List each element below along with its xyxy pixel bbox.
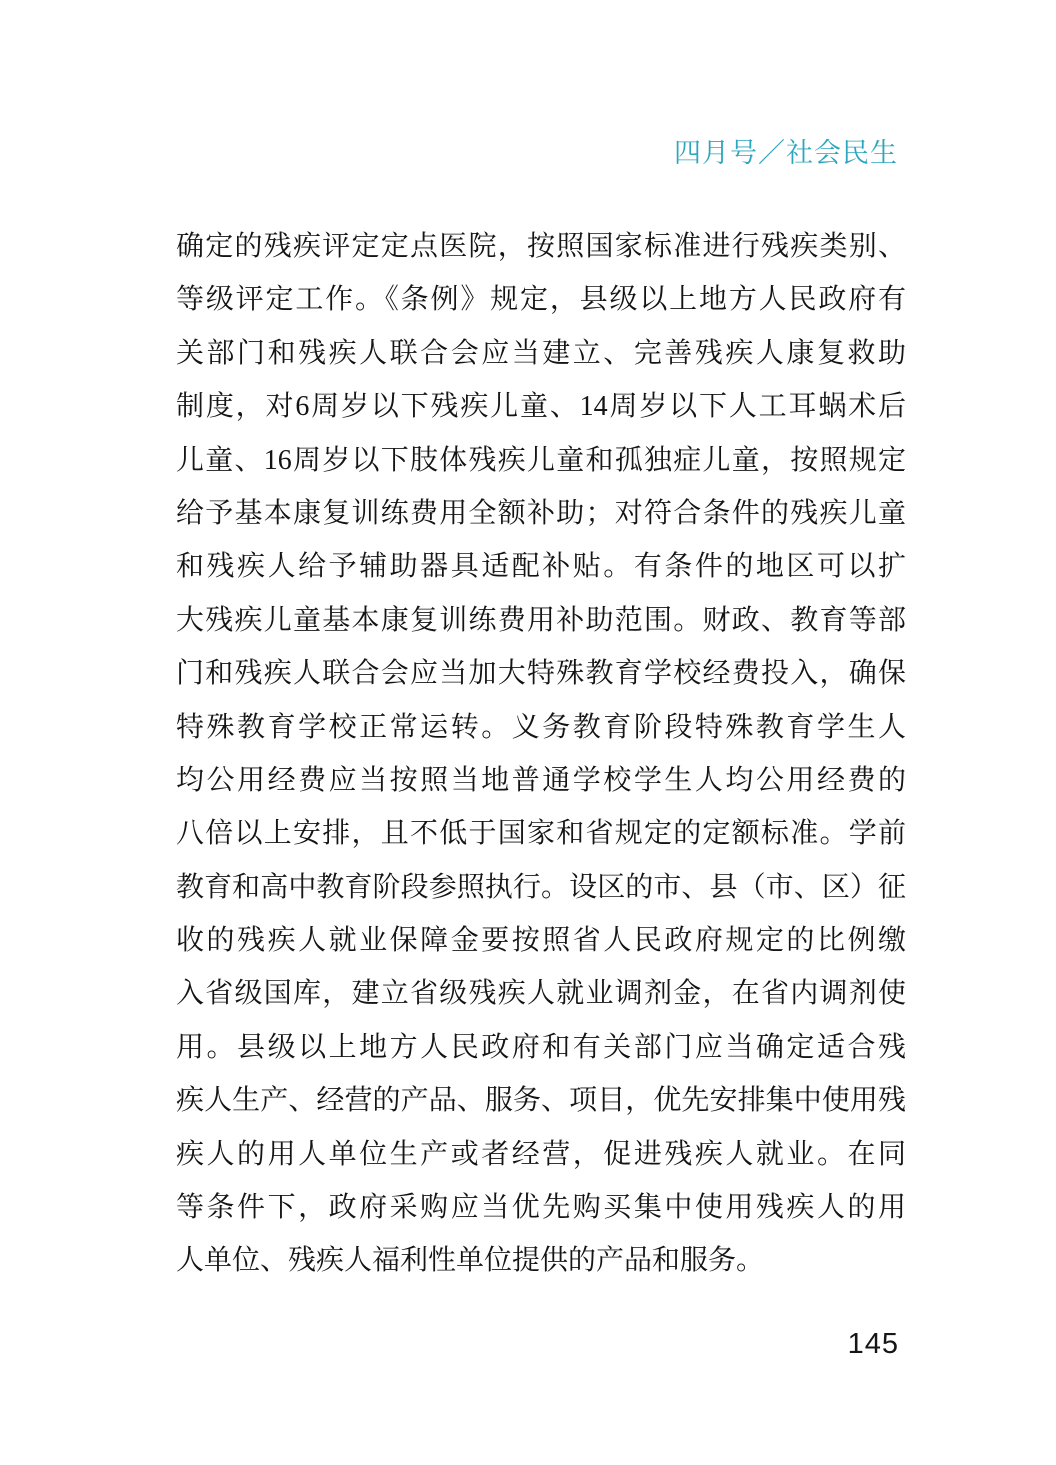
text-line: 教育和高中教育阶段参照执行。设区的市、县（市、区）征 <box>176 861 906 914</box>
text-line: 特殊教育学校正常运转。义务教育阶段特殊教育学生人 <box>176 701 906 754</box>
text-line: 等条件下，政府采购应当优先购买集中使用残疾人的用 <box>176 1181 906 1234</box>
text-line: 入省级国库，建立省级残疾人就业调剂金，在省内调剂使 <box>176 967 906 1020</box>
text-line: 均公用经费应当按照当地普通学校学生人均公用经费的 <box>176 754 906 807</box>
text-line: 和残疾人给予辅助器具适配补贴。有条件的地区可以扩 <box>176 540 906 593</box>
text-line: 用。县级以上地方人民政府和有关部门应当确定适合残 <box>176 1021 906 1074</box>
text-line: 人单位、残疾人福利性单位提供的产品和服务。 <box>176 1234 906 1287</box>
text-line: 收的残疾人就业保障金要按照省人民政府规定的比例缴 <box>176 914 906 967</box>
magazine-page: 四月号／社会民生 确定的残疾评定定点医院，按照国家标准进行残疾类别、等级评定工作… <box>0 0 1056 1465</box>
text-line: 大残疾儿童基本康复训练费用补助范围。财政、教育等部 <box>176 594 906 647</box>
text-line: 八倍以上安排，且不低于国家和省规定的定额标准。学前 <box>176 807 906 860</box>
text-line: 确定的残疾评定定点医院，按照国家标准进行残疾类别、 <box>176 220 906 273</box>
text-line: 疾人生产、经营的产品、服务、项目，优先安排集中使用残 <box>176 1074 906 1127</box>
text-line: 门和残疾人联合会应当加大特殊教育学校经费投入，确保 <box>176 647 906 700</box>
text-line: 制度，对6周岁以下残疾儿童、14周岁以下人工耳蜗术后 <box>176 380 906 433</box>
body-text: 确定的残疾评定定点医院，按照国家标准进行残疾类别、等级评定工作。《条例》规定，县… <box>176 220 906 1288</box>
text-line: 等级评定工作。《条例》规定，县级以上地方人民政府有 <box>176 273 906 326</box>
text-line: 疾人的用人单位生产或者经营，促进残疾人就业。在同 <box>176 1128 906 1181</box>
page-number: 145 <box>848 1328 899 1361</box>
text-line: 儿童、16周岁以下肢体残疾儿童和孤独症儿童，按照规定 <box>176 434 906 487</box>
text-line: 给予基本康复训练费用全额补助；对符合条件的残疾儿童 <box>176 487 906 540</box>
page-header: 四月号／社会民生 <box>674 137 898 169</box>
text-line: 关部门和残疾人联合会应当建立、完善残疾人康复救助 <box>176 327 906 380</box>
